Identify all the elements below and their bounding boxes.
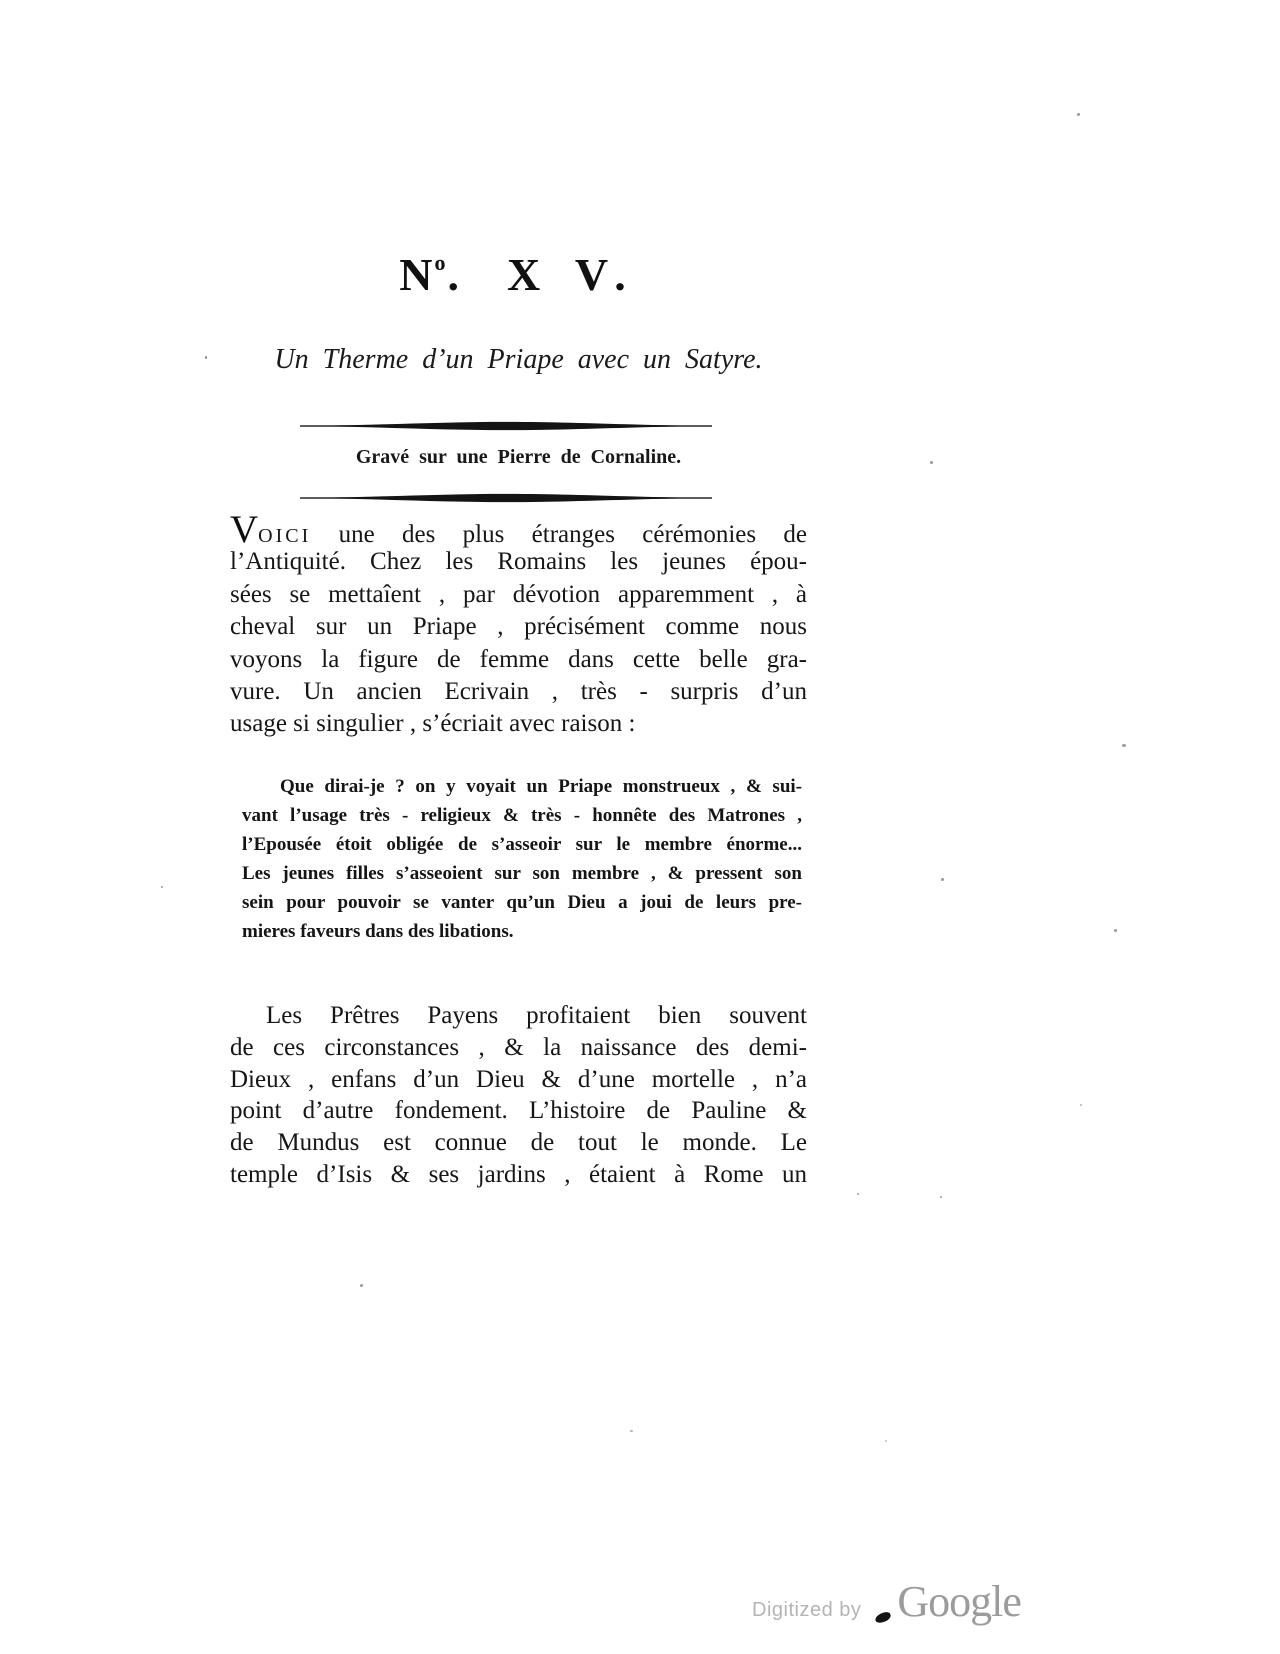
quote-line: Les jeunes filles s’asseoient sur son me… (242, 859, 802, 888)
text-line: usage si singulier , s’écriait avec rais… (230, 708, 807, 740)
number-prefix: N (399, 249, 434, 300)
plate-subtitle: Un Therme d’un Priape avec un Satyre. (230, 344, 807, 376)
number-dot: . (448, 249, 462, 300)
roman-numeral: X V. (507, 248, 638, 301)
quote-line: mieres faveurs dans des libations. (242, 917, 802, 946)
scan-speck (1122, 744, 1126, 747)
scan-speck (630, 1430, 633, 1432)
scan-speck (940, 1196, 942, 1198)
digitized-by-label: Digitized by (752, 1599, 861, 1622)
text-line: point d’autre fondement. L’histoire de P… (230, 1095, 807, 1127)
drop-capital: V (230, 508, 258, 551)
scan-speck (360, 1284, 363, 1287)
number-superscript: o (435, 250, 448, 275)
swelled-rule-top (300, 420, 712, 432)
scan-speck (857, 1193, 859, 1195)
text-line: Dieux , enfans d’un Dieu & d’une mortell… (230, 1064, 807, 1096)
scan-speck (941, 878, 944, 881)
swelled-rule-bottom (300, 492, 712, 504)
small-caps: OICI (258, 525, 311, 547)
text-line: temple d’Isis & ses jardins , étaient à … (230, 1159, 807, 1191)
digitization-watermark: Digitized by Google (752, 1580, 1021, 1624)
book-page: No.X V. Un Therme d’un Priape avec un Sa… (0, 0, 1280, 1654)
text-line: sées se mettaîent , par dévotion apparem… (230, 579, 807, 611)
quote-line: Que dirai-je ? on y voyait un Priape mon… (242, 772, 802, 801)
second-paragraph: Les Prêtres Payens profitaient bien souv… (230, 1000, 807, 1191)
text-line: cheval sur un Priape , précisément comme… (230, 611, 807, 643)
quote-line: l’Epousée étoit obligée de s’asseoir sur… (242, 830, 802, 859)
intro-paragraph: VOICI une des plus étranges cérémonies d… (230, 514, 807, 741)
scan-speck (161, 886, 163, 888)
section-number: No.X V. (230, 248, 807, 301)
text-line: Les Prêtres Payens profitaient bien souv… (230, 1000, 807, 1032)
text-line: l’Antiquité. Chez les Romains les jeunes… (230, 546, 807, 578)
scan-speck (930, 461, 933, 464)
line-text: une des plus étranges cérémonies de (339, 521, 807, 548)
quote-line: vant l’usage très - religieux & très - h… (242, 801, 802, 830)
scan-speck (885, 1440, 887, 1442)
quote-line: sein pour pouvoir se vanter qu’un Dieu a… (242, 888, 802, 917)
ink-blot-mark (873, 1611, 895, 1624)
engraving-caption: Gravé sur une Pierre de Cornaline. (230, 446, 807, 469)
text-line: vure. Un ancien Ecrivain , très - surpri… (230, 676, 807, 708)
text-line: voyons la figure de femme dans cette bel… (230, 644, 807, 676)
text-line: de Mundus est connue de tout le monde. L… (230, 1127, 807, 1159)
scan-speck (1077, 113, 1080, 116)
scan-speck (1114, 929, 1117, 932)
quotation-block: Que dirai-je ? on y voyait un Priape mon… (242, 772, 802, 946)
google-logo: Google (897, 1580, 1021, 1624)
text-line: de ces circonstances , & la naissance de… (230, 1032, 807, 1064)
text-line: VOICI une des plus étranges cérémonies d… (230, 514, 807, 546)
scan-speck (1080, 1104, 1082, 1106)
scan-speck (205, 356, 207, 359)
